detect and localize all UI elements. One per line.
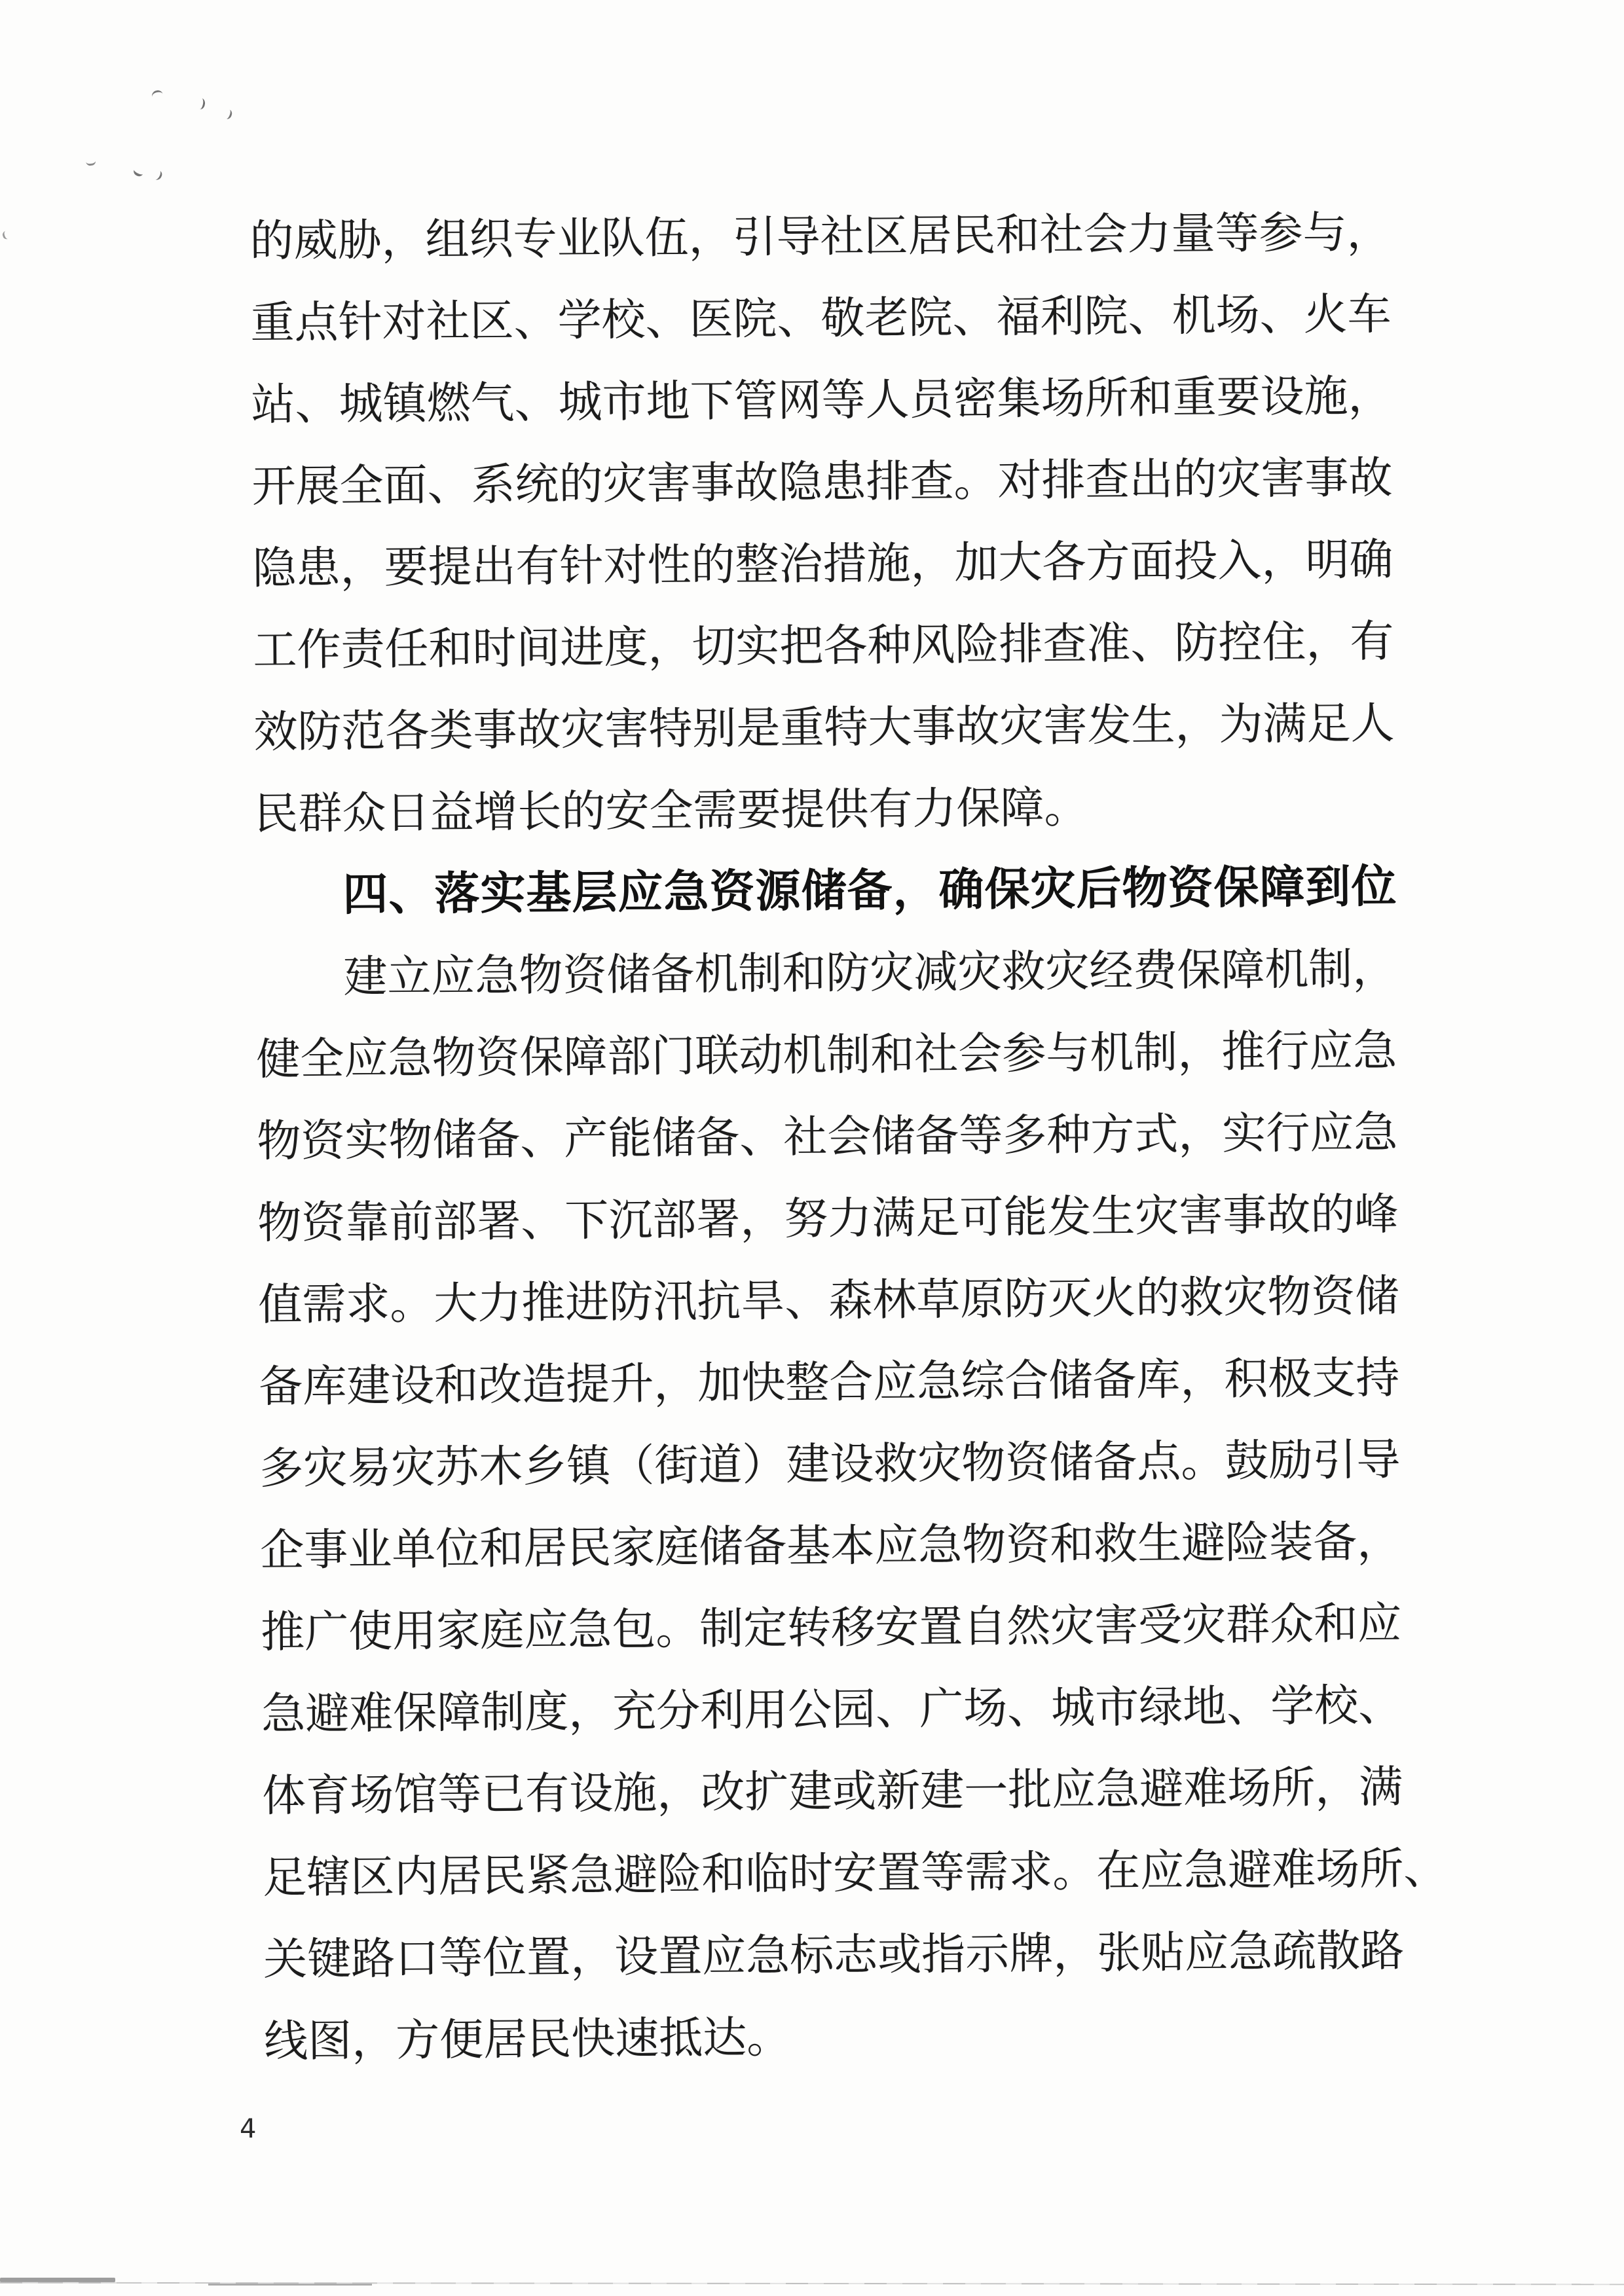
text-line: 站、城镇燃气、城市地下管网等人员密集场所和重要设施， bbox=[251, 355, 1424, 446]
text-block: 的威胁，组织专业队伍，引导社区居民和社会力量等参与， 重点针对社区、学校、医院、… bbox=[249, 191, 1437, 2083]
text-line: 物资靠前部署、下沉部署，努力满足可能发生灾害事故的峰 bbox=[257, 1173, 1430, 1264]
text-line: 重点针对社区、学校、医院、敬老院、福利院、机场、火车 bbox=[250, 273, 1423, 364]
page-number: 4 bbox=[240, 2116, 256, 2142]
text-line: 线图，方便居民快速抵达。 bbox=[264, 1992, 1437, 2083]
text-line: 的威胁，组织专业队伍，引导社区居民和社会力量等参与， bbox=[249, 191, 1422, 282]
text-line: 关键路口等位置，设置应急标志或指示牌，张贴应急疏散路 bbox=[263, 1910, 1436, 2001]
section-heading: 四、落实基层应急资源储备，确保灾后物资保障到位 bbox=[255, 846, 1428, 937]
text-line: 效防范各类事故灾害特别是重特大事故灾害发生，为满足人 bbox=[253, 682, 1426, 773]
scan-edge-artifact bbox=[208, 2284, 372, 2286]
document-body: 的威胁，组织专业队伍，引导社区居民和社会力量等参与， 重点针对社区、学校、医院、… bbox=[0, 0, 1624, 2296]
text-line: 足辖区内居民紧急避险和临时安置等需求。在应急避难场所、 bbox=[263, 1828, 1435, 1919]
text-line: 体育场馆等已有设施，改扩建或新建一批应急避难场所，满 bbox=[262, 1746, 1435, 1837]
text-line: 民群众日益增长的安全需要提供有力保障。 bbox=[254, 764, 1427, 855]
text-line: 健全应急物资保障部门联动机制和社会参与机制，推行应急 bbox=[256, 1010, 1429, 1101]
text-line: 物资实物储备、产能储备、社会储备等多种方式，实行应急 bbox=[257, 1091, 1430, 1182]
text-line: 建立应急物资储备机制和防灾减灾救灾经费保障机制， bbox=[255, 928, 1428, 1019]
text-line: 推广使用家庭应急包。制定转移安置自然灾害受灾群众和应 bbox=[261, 1582, 1433, 1673]
text-line: 企事业单位和居民家庭储备基本应急物资和救生避险装备， bbox=[260, 1501, 1433, 1592]
text-line: 备库建设和改造提升，加快整合应急综合储备库，积极支持 bbox=[259, 1337, 1431, 1428]
text-line: 急避难保障制度，充分利用公园、广场、城市绿地、学校、 bbox=[261, 1664, 1434, 1755]
text-line: 隐患，要提出有针对性的整治措施，加大各方面投入，明确 bbox=[252, 519, 1425, 610]
text-line: 多灾易灾苏木乡镇（街道）建设救灾物资储备点。鼓励引导 bbox=[259, 1419, 1432, 1510]
text-line: 工作责任和时间进度，切实把各种风险排查准、防控住，有 bbox=[253, 600, 1426, 691]
text-line: 开展全面、系统的灾害事故隐患排查。对排查出的灾害事故 bbox=[251, 437, 1424, 528]
text-line: 值需求。大力推进防汛抗旱、森林草原防灭火的救灾物资储 bbox=[258, 1255, 1431, 1346]
scanned-page: 的威胁，组织专业队伍，引导社区居民和社会力量等参与， 重点针对社区、学校、医院、… bbox=[0, 0, 1624, 2296]
